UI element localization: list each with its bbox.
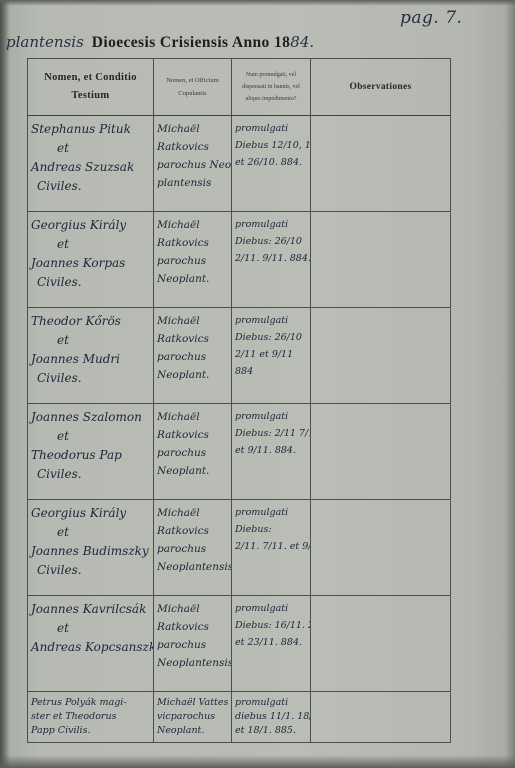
witnesses-cell: Joannes Kavrilcsák et Andreas Kopcsanszk… <box>28 596 154 692</box>
table-row: Georgius Király et Joannes Korpas Civile… <box>28 212 451 308</box>
banns-line: et 9/11. 884. <box>235 442 308 459</box>
officiant-line: Neoplant. <box>157 270 229 288</box>
officiant-line: Michaël <box>157 120 229 138</box>
observations-cell <box>311 596 451 692</box>
register-page: pag. 7. plantensis Dioecesis Crisiensis … <box>0 0 515 768</box>
banns-cell: promulgati Diebus: 16/11. 20/11 et 23/11… <box>232 596 311 692</box>
banns-line: et 26/10. 884. <box>235 154 308 171</box>
witnesses-cell: Theodor Kőrös et Joannes Mudri Civiles. <box>28 308 154 404</box>
officiant-line: Neoplant. <box>157 462 229 480</box>
page-bottom-edge <box>0 755 515 768</box>
header-banns-line1: Num promulgati, vel <box>232 69 310 81</box>
officiant-line: Michaël <box>157 600 229 618</box>
officiant-line: vicparochus <box>157 710 229 724</box>
banns-line: promulgati <box>235 312 308 329</box>
witnesses-cell: Georgius Király et Joannes Budimszky Civ… <box>28 500 154 596</box>
witness-1: Stephanus Pituk <box>31 120 151 139</box>
header-witnesses-line1: Nomen, et Conditio <box>28 69 153 87</box>
banns-line: Diebus: 26/10 <box>235 329 308 346</box>
conjunction: et <box>31 331 151 350</box>
page-number: pag. 7. <box>400 8 462 28</box>
header-officiant: Nomen, et Officium Copulantis <box>154 59 232 116</box>
banns-cell: promulgati diebus 11/1. 18/1. et 18/1. 8… <box>232 692 311 743</box>
conjunction: et <box>31 427 151 446</box>
conjunction: et <box>31 139 151 158</box>
officiant-line: Michaël <box>157 216 229 234</box>
header-observations-label: Observationes <box>311 82 450 92</box>
witness-line: Papp Civilis. <box>31 724 151 738</box>
banns-line: Diebus: 2/11 7/11 <box>235 425 308 442</box>
banns-line: et 18/1. 885. <box>235 724 308 738</box>
banns-line: diebus 11/1. 18/1. <box>235 710 308 724</box>
banns-line: Diebus 12/10, 19/10 <box>235 137 308 154</box>
witness-condition: Civiles. <box>31 177 151 196</box>
header-banns: Num promulgati, vel dispensati in bannis… <box>232 59 311 116</box>
banns-line: promulgati <box>235 216 308 233</box>
witnesses-cell: Stephanus Pituk et Andreas Szuzsak Civil… <box>28 116 154 212</box>
officiant-line: parochus <box>157 540 229 558</box>
witness-condition: Civiles. <box>31 273 151 292</box>
binding-shadow <box>0 0 10 768</box>
header-observations: Observationes <box>311 59 451 116</box>
officiant-cell: Michaël Ratkovics parochus Neo- plantens… <box>154 116 232 212</box>
banns-line: 2/11. 9/11. 884. <box>235 250 308 267</box>
table-row: Joannes Szalomon et Theodorus Pap Civile… <box>28 404 451 500</box>
table-row: Petrus Polyák magi- ster et Theodorus Pa… <box>28 692 451 743</box>
officiant-line: Ratkovics <box>157 234 229 252</box>
observations-cell <box>311 500 451 596</box>
page-title: plantensis Dioecesis Crisiensis Anno 188… <box>6 33 426 53</box>
witness-1: Georgius Király <box>31 504 151 523</box>
title-year-handwritten: 84. <box>290 33 314 51</box>
officiant-cell: Michaël Ratkovics parochus Neoplant. <box>154 308 232 404</box>
banns-cell: promulgati Diebus 12/10, 19/10 et 26/10.… <box>232 116 311 212</box>
officiant-cell: Michaël Vattes vicparochus Neoplant. <box>154 692 232 743</box>
conjunction: et <box>31 619 151 638</box>
banns-line: promulgati <box>235 600 308 617</box>
witnesses-cell: Joannes Szalomon et Theodorus Pap Civile… <box>28 404 154 500</box>
witness-1: Theodor Kőrös <box>31 312 151 331</box>
officiant-line: Michaël <box>157 504 229 522</box>
banns-line: promulgati <box>235 408 308 425</box>
witness-2: Andreas Szuzsak <box>31 158 151 177</box>
banns-line: 2/11. 7/11. et 9/11. <box>235 538 308 555</box>
officiant-line: Ratkovics <box>157 618 229 636</box>
witness-condition: Civiles. <box>31 465 151 484</box>
officiant-line: Ratkovics <box>157 330 229 348</box>
witness-2: Joannes Budimszky <box>31 542 151 561</box>
banns-cell: promulgati Diebus: 2/11 7/11 et 9/11. 88… <box>232 404 311 500</box>
witnesses-cell: Georgius Király et Joannes Korpas Civile… <box>28 212 154 308</box>
officiant-cell: Michaël Ratkovics parochus Neoplantensis <box>154 596 232 692</box>
officiant-line: Michaël <box>157 408 229 426</box>
witness-1: Joannes Kavrilcsák <box>31 600 151 619</box>
observations-cell <box>311 404 451 500</box>
banns-line: promulgati <box>235 504 308 521</box>
officiant-line: Ratkovics <box>157 138 229 156</box>
banns-line: promulgati <box>235 696 308 710</box>
witness-2: Theodorus Pap <box>31 446 151 465</box>
header-witnesses: Nomen, et Conditio Testium <box>28 59 154 116</box>
observations-cell <box>311 692 451 743</box>
observations-cell <box>311 308 451 404</box>
banns-cell: promulgati Diebus: 2/11. 7/11. et 9/11. <box>232 500 311 596</box>
header-witnesses-line2: Testium <box>28 87 153 105</box>
title-printed: Dioecesis Crisiensis Anno 18 <box>92 34 291 51</box>
banns-line: promulgati <box>235 120 308 137</box>
officiant-line: Neoplant. <box>157 366 229 384</box>
officiant-line: parochus Neo- <box>157 156 229 174</box>
page-top-edge <box>0 0 515 6</box>
witness-1: Joannes Szalomon <box>31 408 151 427</box>
officiant-line: Michaël <box>157 312 229 330</box>
officiant-line: Michaël Vattes <box>157 696 229 710</box>
officiant-line: parochus <box>157 252 229 270</box>
witness-2: Joannes Korpas <box>31 254 151 273</box>
banns-cell: promulgati Diebus: 26/10 2/11 et 9/11 88… <box>232 308 311 404</box>
witness-2: Joannes Mudri <box>31 350 151 369</box>
officiant-cell: Michaël Ratkovics parochus Neoplant. <box>154 212 232 308</box>
observations-cell <box>311 116 451 212</box>
header-officiant-line2: Copulantis <box>154 87 231 100</box>
witness-line: ster et Theodorus <box>31 710 151 724</box>
table-row: Joannes Kavrilcsák et Andreas Kopcsanszk… <box>28 596 451 692</box>
conjunction: et <box>31 523 151 542</box>
header-banns-line2: dispensati in bannis, vel <box>232 81 310 93</box>
observations-cell <box>311 212 451 308</box>
witness-line: Petrus Polyák magi- <box>31 696 151 710</box>
officiant-line: Neoplantensis <box>157 654 229 672</box>
title-handwritten-prefix: plantensis <box>6 33 84 51</box>
officiant-line: parochus <box>157 636 229 654</box>
officiant-line: plantensis <box>157 174 229 192</box>
officiant-line: Ratkovics <box>157 426 229 444</box>
officiant-line: parochus <box>157 444 229 462</box>
officiant-line: Neoplantensis <box>157 558 229 576</box>
officiant-line: Ratkovics <box>157 522 229 540</box>
officiant-line: parochus <box>157 348 229 366</box>
banns-line: et 23/11. 884. <box>235 634 308 651</box>
witness-condition: Civiles. <box>31 369 151 388</box>
table-row: Theodor Kőrös et Joannes Mudri Civiles. … <box>28 308 451 404</box>
table-row: Stephanus Pituk et Andreas Szuzsak Civil… <box>28 116 451 212</box>
witnesses-cell: Petrus Polyák magi- ster et Theodorus Pa… <box>28 692 154 743</box>
header-row: Nomen, et Conditio Testium Nomen, et Off… <box>28 59 451 116</box>
witness-2: Andreas Kopcsanszky <box>31 638 151 657</box>
banns-cell: promulgati Diebus: 26/10 2/11. 9/11. 884… <box>232 212 311 308</box>
table-row: Georgius Király et Joannes Budimszky Civ… <box>28 500 451 596</box>
banns-line: 884 <box>235 363 308 380</box>
banns-line: Diebus: 16/11. 20/11 <box>235 617 308 634</box>
officiant-cell: Michaël Ratkovics parochus Neoplant. <box>154 404 232 500</box>
witness-condition: Civiles. <box>31 561 151 580</box>
witness-1: Georgius Király <box>31 216 151 235</box>
conjunction: et <box>31 235 151 254</box>
header-banns-line3: aliquo impedimento? <box>232 93 310 105</box>
marriage-register-table: Nomen, et Conditio Testium Nomen, et Off… <box>27 58 451 743</box>
banns-line: Diebus: <box>235 521 308 538</box>
header-officiant-line1: Nomen, et Officium <box>154 74 231 87</box>
officiant-line: Neoplant. <box>157 724 229 738</box>
banns-line: 2/11 et 9/11 <box>235 346 308 363</box>
banns-line: Diebus: 26/10 <box>235 233 308 250</box>
officiant-cell: Michaël Ratkovics parochus Neoplantensis <box>154 500 232 596</box>
